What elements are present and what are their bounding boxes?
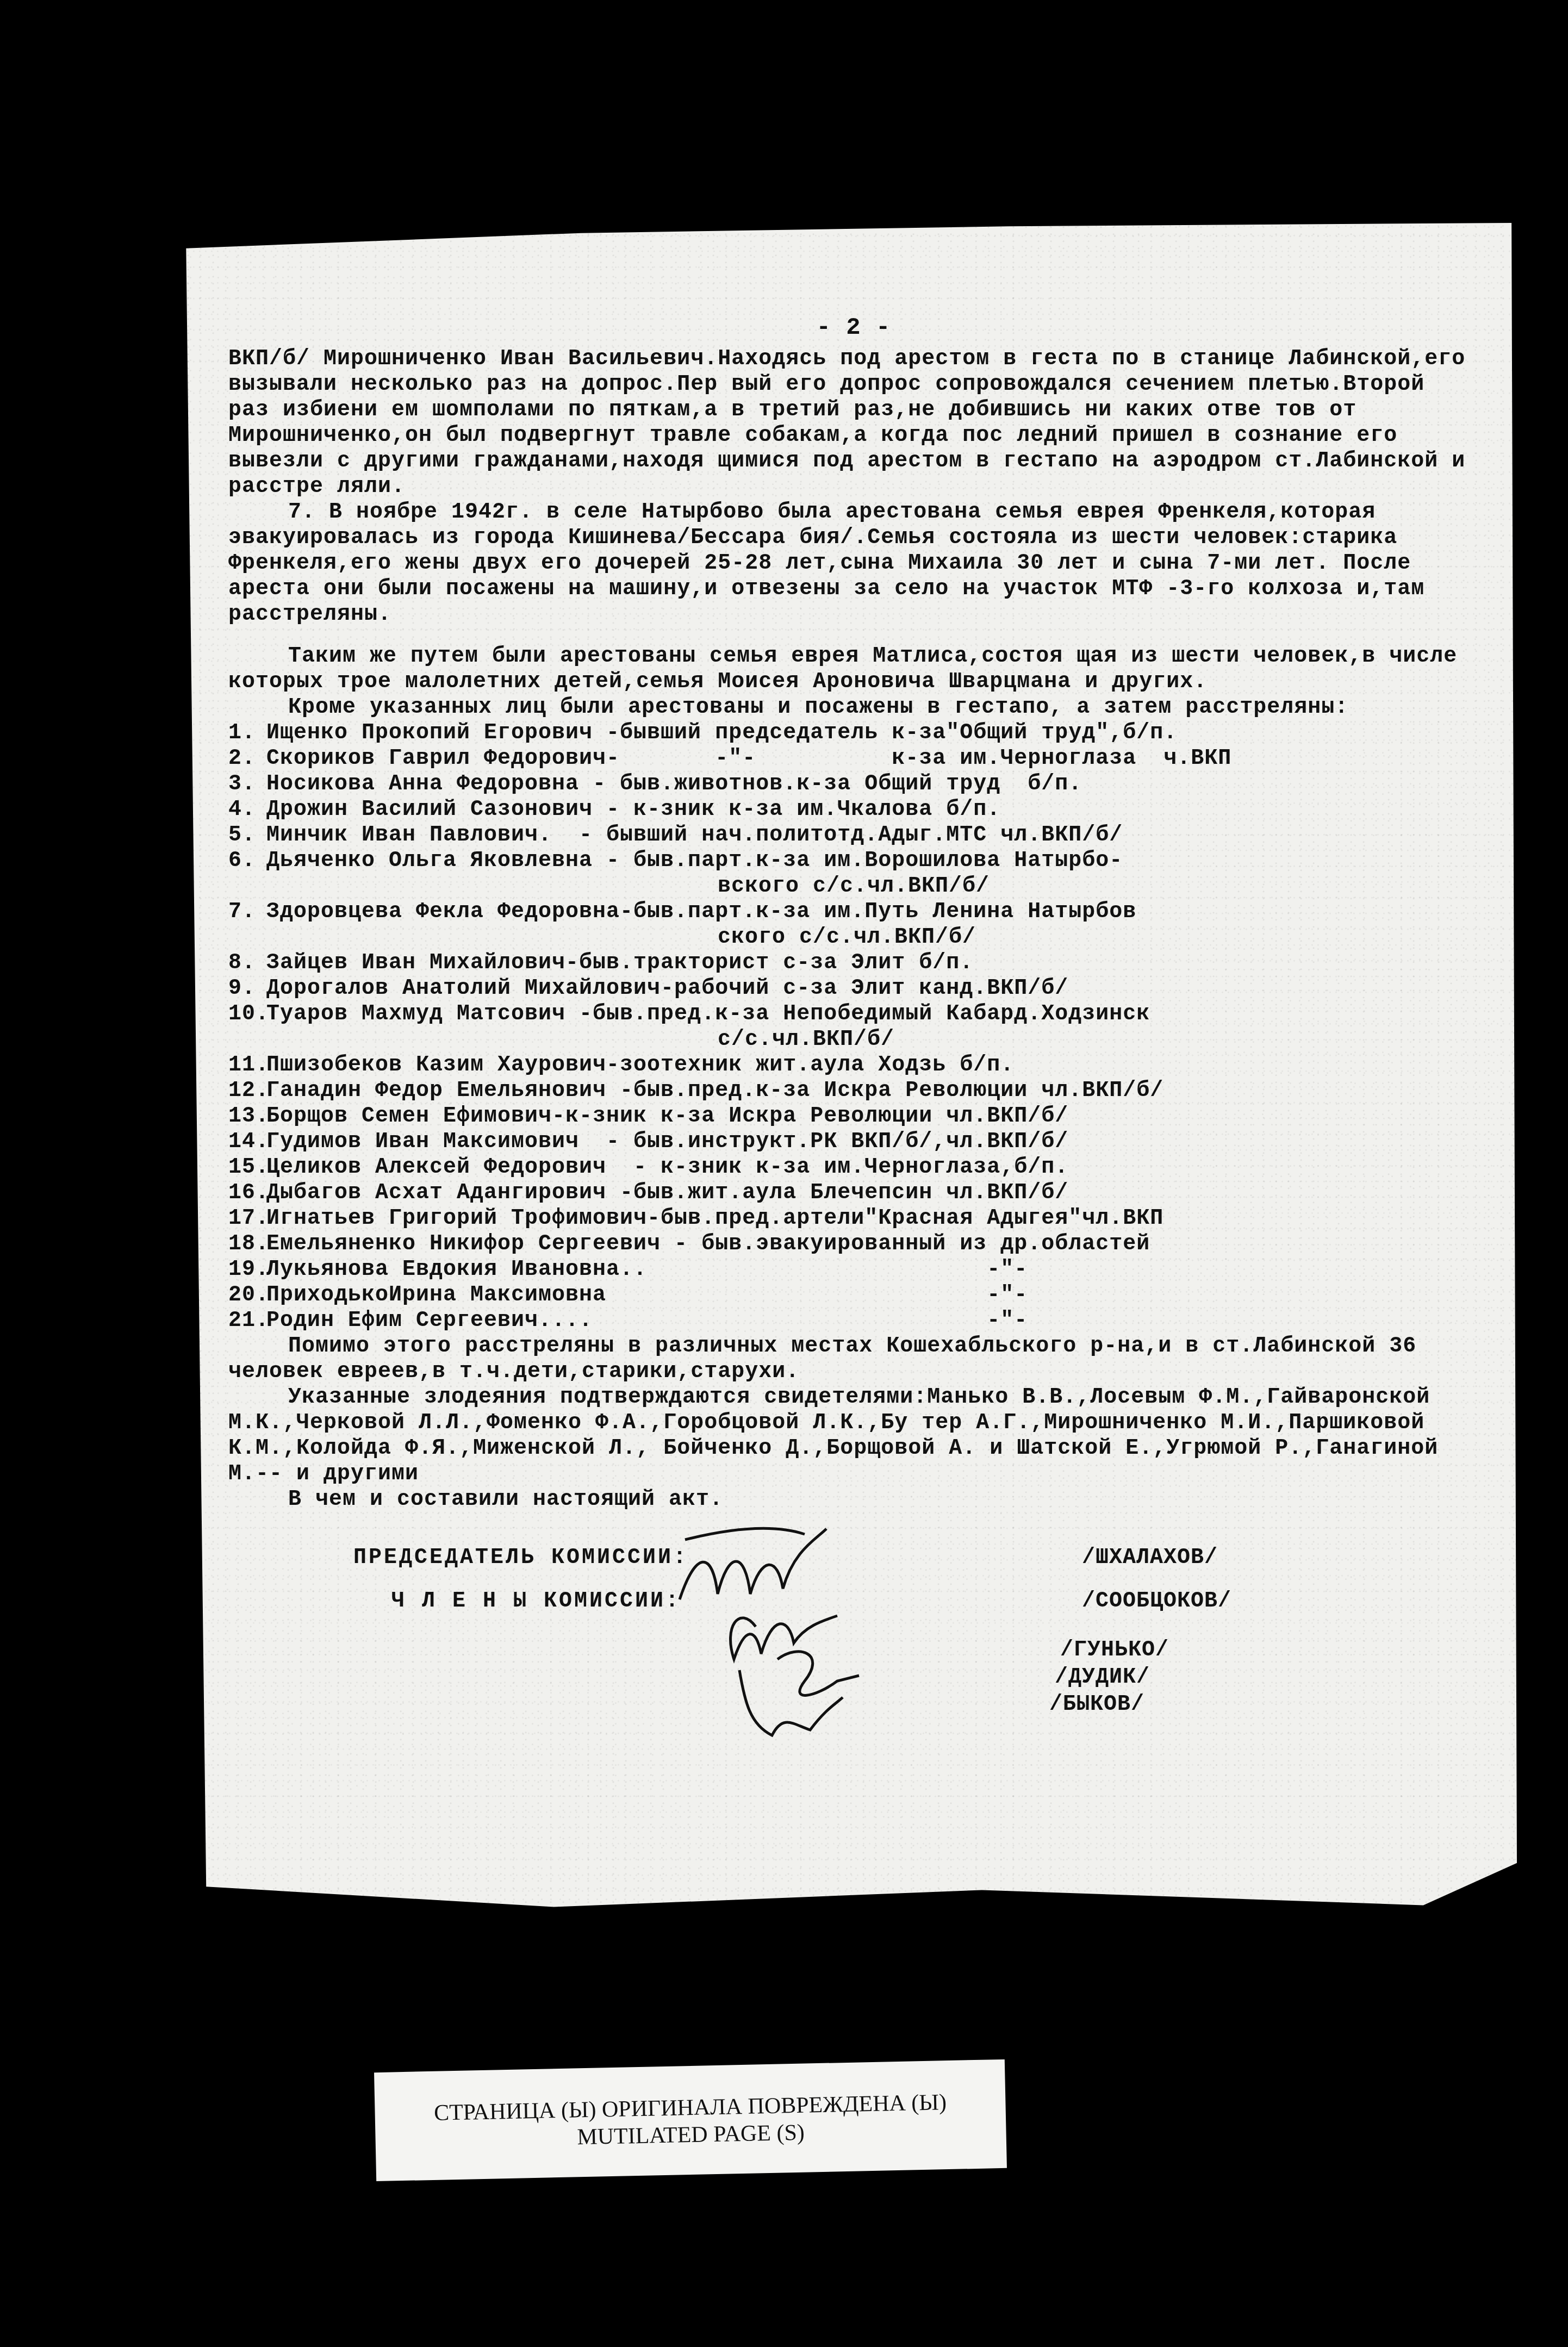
victim-entry: Здоровцева Фекла Федоровна-быв.парт.к-за… [266, 899, 1136, 925]
victim-number: 16. [228, 1180, 266, 1206]
paragraph-other-victims: Помимо этого расстреляны в различных мес… [228, 1334, 1479, 1385]
victim-list-item: 16.Дыбагов Асхат Адангирович -быв.жит.ау… [228, 1180, 1479, 1206]
victim-list-item: 11.Пшизобеков Казим Хаурович-зоотехник ж… [228, 1053, 1479, 1078]
victim-entry-continuation: ского с/с.чл.ВКП/б/ [228, 925, 1479, 950]
victim-list-item: 19.Лукьянова Евдокия Ивановна.. -"- [228, 1257, 1479, 1283]
victim-number: 17. [228, 1206, 266, 1231]
victim-entry: Дрожин Василий Сазонович - к-зник к-за и… [266, 797, 1000, 823]
chairman-label: ПРЕДСЕДАТЕЛЬ КОМИССИИ: [353, 1545, 688, 1571]
victim-entry: Ищенко Прокопий Егорович -бывший председ… [266, 720, 1177, 746]
victim-entry: Пшизобеков Казим Хаурович-зоотехник жит.… [266, 1053, 1014, 1078]
victim-number: 2. [228, 746, 266, 771]
victim-entry: Родин Ефим Сергеевич.... -"- [266, 1308, 1028, 1334]
victim-list-item: 10.Туаров Махмуд Матсович -быв.пред.к-за… [228, 1001, 1479, 1027]
paragraph-matlis-family: Таким же путем были арестованы семья евр… [228, 644, 1479, 695]
member-name: /ГУНЬКО/ [1060, 1638, 1169, 1663]
victim-list-item: 1.Ищенко Прокопий Егорович -бывший предс… [228, 720, 1479, 746]
victim-entry: Дьяченко Ольга Яковлевна - быв.парт.к-за… [266, 848, 1123, 874]
victim-list-item: 6.Дьяченко Ольга Яковлевна - быв.парт.к-… [228, 848, 1479, 874]
victim-list-item: 8.Зайцев Иван Михайлович-быв.тракторист … [228, 950, 1479, 976]
victim-number: 5. [228, 823, 266, 848]
victim-entry: Борщов Семен Ефимович-к-зник к-за Искра … [266, 1104, 1068, 1129]
handwritten-signatures-icon [663, 1518, 1044, 1746]
victim-list-item: 7.Здоровцева Фекла Федоровна-быв.парт.к-… [228, 899, 1479, 925]
victim-number: 1. [228, 720, 266, 746]
victim-entry: Емельяненко Никифор Сергеевич - быв.эвак… [266, 1231, 1150, 1257]
victim-number: 10. [228, 1001, 266, 1027]
victim-list-item: 15.Целиков Алексей Федорович - к-зник к-… [228, 1155, 1479, 1180]
members-label: Ч Л Е Н Ы КОМИССИИ: [391, 1589, 681, 1614]
victim-number: 11. [228, 1053, 266, 1078]
victim-entry: Лукьянова Евдокия Ивановна.. -"- [266, 1257, 1028, 1283]
member-name: /БЫКОВ/ [1049, 1692, 1144, 1717]
victim-number: 15. [228, 1155, 266, 1180]
page-number: - 2 - [228, 315, 1479, 341]
victim-entry: Носикова Анна Федоровна - быв.животнов.к… [266, 771, 1082, 797]
victim-entry: Туаров Махмуд Матсович -быв.пред.к-за Не… [266, 1001, 1150, 1027]
victim-list-item: 18.Емельяненко Никифор Сергеевич - быв.э… [228, 1231, 1479, 1257]
member-name: /СООБЦОКОВ/ [1082, 1589, 1231, 1614]
victim-list-item: 12.Ганадин Федор Емельянович -быв.пред.к… [228, 1078, 1479, 1104]
victim-list: 1.Ищенко Прокопий Егорович -бывший предс… [228, 720, 1479, 1334]
victim-entry-continuation: с/с.чл.ВКП/б/ [228, 1027, 1479, 1053]
victim-list-item: 5.Минчик Иван Павлович. - бывший нач.пол… [228, 823, 1479, 848]
victim-entry: Дыбагов Асхат Адангирович -быв.жит.аула … [266, 1180, 1068, 1206]
victim-list-item: 4.Дрожин Василий Сазонович - к-зник к-за… [228, 797, 1479, 823]
victim-number: 18. [228, 1231, 266, 1257]
victim-entry: Скориков Гаврил Федорович- -"- к-за им.Ч… [266, 746, 1231, 771]
victim-number: 9. [228, 976, 266, 1001]
victim-entry: Зайцев Иван Михайлович-быв.тракторист с-… [266, 950, 973, 976]
victim-number: 19. [228, 1257, 266, 1283]
paragraph-miroshnichenko: ВКП/б/ Мирошниченко Иван Васильевич.Нахо… [228, 346, 1479, 500]
paragraph-closing: В чем и составили настоящий акт. [228, 1487, 1479, 1512]
victim-entry: Дорогалов Анатолий Михайлович-рабочий с-… [266, 976, 1068, 1001]
victim-number: 4. [228, 797, 266, 823]
victim-entry: Минчик Иван Павлович. - бывший нач.полит… [266, 823, 1123, 848]
victim-entry: ПриходькоИрина Максимовна -"- [266, 1283, 1028, 1308]
victim-entry: Гудимов Иван Максимович - быв.инструкт.Р… [266, 1129, 1068, 1155]
paragraph-list-intro: Кроме указанных лиц были арестованы и по… [228, 695, 1479, 720]
victim-number: 8. [228, 950, 266, 976]
victim-entry: Целиков Алексей Федорович - к-зник к-за … [266, 1155, 1068, 1180]
victim-list-item: 9.Дорогалов Анатолий Михайлович-рабочий … [228, 976, 1479, 1001]
paragraph-item-7: 7. В ноябре 1942г. в селе Натырбово была… [228, 500, 1479, 627]
mutilated-page-stamp: СТРАНИЦА (Ы) ОРИГИНАЛА ПОВРЕЖДЕНА (Ы) MU… [374, 2059, 1007, 2181]
victim-number: 6. [228, 848, 266, 874]
victim-list-item: 3.Носикова Анна Федоровна - быв.животнов… [228, 771, 1479, 797]
victim-list-item: 20.ПриходькоИрина Максимовна -"- [228, 1283, 1479, 1308]
victim-number: 3. [228, 771, 266, 797]
victim-entry: Игнатьев Григорий Трофимович-быв.пред.ар… [266, 1206, 1163, 1231]
victim-number: 12. [228, 1078, 266, 1104]
victim-list-item: 14.Гудимов Иван Максимович - быв.инструк… [228, 1129, 1479, 1155]
victim-entry: Ганадин Федор Емельянович -быв.пред.к-за… [266, 1078, 1163, 1104]
signature-block: ПРЕДСЕДАТЕЛЬ КОМИССИИ: Ч Л Е Н Ы КОМИССИ… [228, 1529, 1479, 1735]
victim-number: 7. [228, 899, 266, 925]
victim-number: 21. [228, 1308, 266, 1334]
victim-number: 13. [228, 1104, 266, 1129]
victim-list-item: 21.Родин Ефим Сергеевич.... -"- [228, 1308, 1479, 1334]
victim-entry-continuation: вского с/с.чл.ВКП/б/ [228, 874, 1479, 899]
typed-document: - 2 - ВКП/б/ Мирошниченко Иван Васильеви… [228, 315, 1479, 1735]
victim-number: 20. [228, 1283, 266, 1308]
victim-number: 14. [228, 1129, 266, 1155]
victim-list-item: 2.Скориков Гаврил Федорович- -"- к-за им… [228, 746, 1479, 771]
paragraph-witnesses: Указанные злодеяния подтверждаются свиде… [228, 1385, 1479, 1487]
chairman-name: /ШХАЛАХОВ/ [1082, 1545, 1218, 1571]
member-name: /ДУДИК/ [1055, 1665, 1150, 1690]
victim-list-item: 13.Борщов Семен Ефимович-к-зник к-за Иск… [228, 1104, 1479, 1129]
victim-list-item: 17.Игнатьев Григорий Трофимович-быв.пред… [228, 1206, 1479, 1231]
